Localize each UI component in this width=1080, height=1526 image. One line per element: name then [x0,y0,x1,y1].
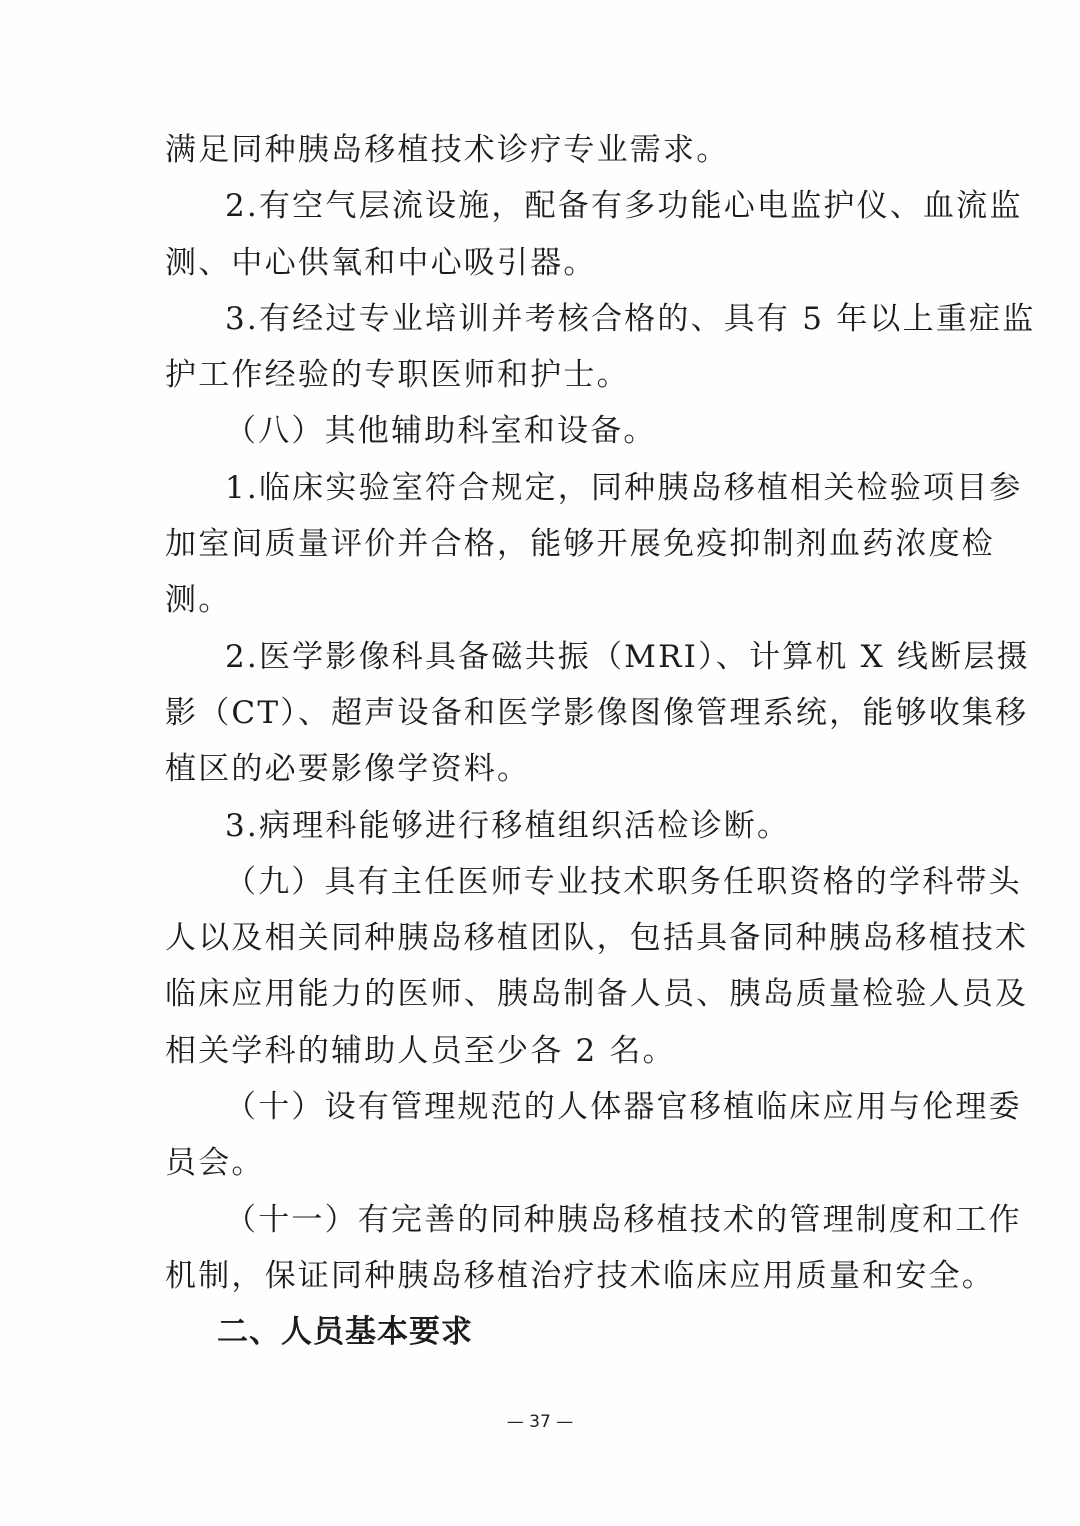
paragraph-line: 护工作经验的专职医师和护士。 [165,347,917,403]
paragraph-line: 加室间质量评价并合格，能够开展免疫抑制剂血药浓度检 [165,516,917,572]
paragraph-line: 影（CT）、超声设备和医学影像图像管理系统，能够收集移 [165,685,917,741]
document-page: 满足同种胰岛移植技术诊疗专业需求。 2.有空气层流设施，配备有多功能心电监护仪、… [0,0,1080,1526]
paragraph-line: 人以及相关同种胰岛移植团队，包括具备同种胰岛移植技术 [165,910,917,966]
paragraph-line: 2.有空气层流设施，配备有多功能心电监护仪、血流监 [165,178,917,234]
paragraph-line: 3.病理科能够进行移植组织活检诊断。 [165,798,917,854]
document-body: 满足同种胰岛移植技术诊疗专业需求。 2.有空气层流设施，配备有多功能心电监护仪、… [165,122,917,1361]
paragraph-line: 临床应用能力的医师、胰岛制备人员、胰岛质量检验人员及 [165,966,917,1022]
section-heading: 二、人员基本要求 [165,1304,917,1360]
paragraph-line: 2.医学影像科具备磁共振（MRI）、计算机 X 线断层摄 [165,629,917,685]
paragraph-line: 测、中心供氧和中心吸引器。 [165,235,917,291]
paragraph-line: 机制，保证同种胰岛移植治疗技术临床应用质量和安全。 [165,1248,917,1304]
paragraph-line: 测。 [165,572,917,628]
paragraph-line: 员会。 [165,1135,917,1191]
subsection-heading: （十）设有管理规范的人体器官移植临床应用与伦理委 [165,1079,917,1135]
page-number: — 37 — [0,1412,1080,1432]
paragraph-line: 植区的必要影像学资料。 [165,741,917,797]
paragraph-line: 相关学科的辅助人员至少各 2 名。 [165,1023,917,1079]
paragraph-line: 满足同种胰岛移植技术诊疗专业需求。 [165,122,917,178]
subsection-heading: （十一）有完善的同种胰岛移植技术的管理制度和工作 [165,1192,917,1248]
paragraph-line: 1.临床实验室符合规定，同种胰岛移植相关检验项目参 [165,460,917,516]
subsection-heading: （九）具有主任医师专业技术职务任职资格的学科带头 [165,854,917,910]
paragraph-line: 3.有经过专业培训并考核合格的、具有 5 年以上重症监 [165,291,917,347]
subsection-heading: （八）其他辅助科室和设备。 [165,403,917,459]
